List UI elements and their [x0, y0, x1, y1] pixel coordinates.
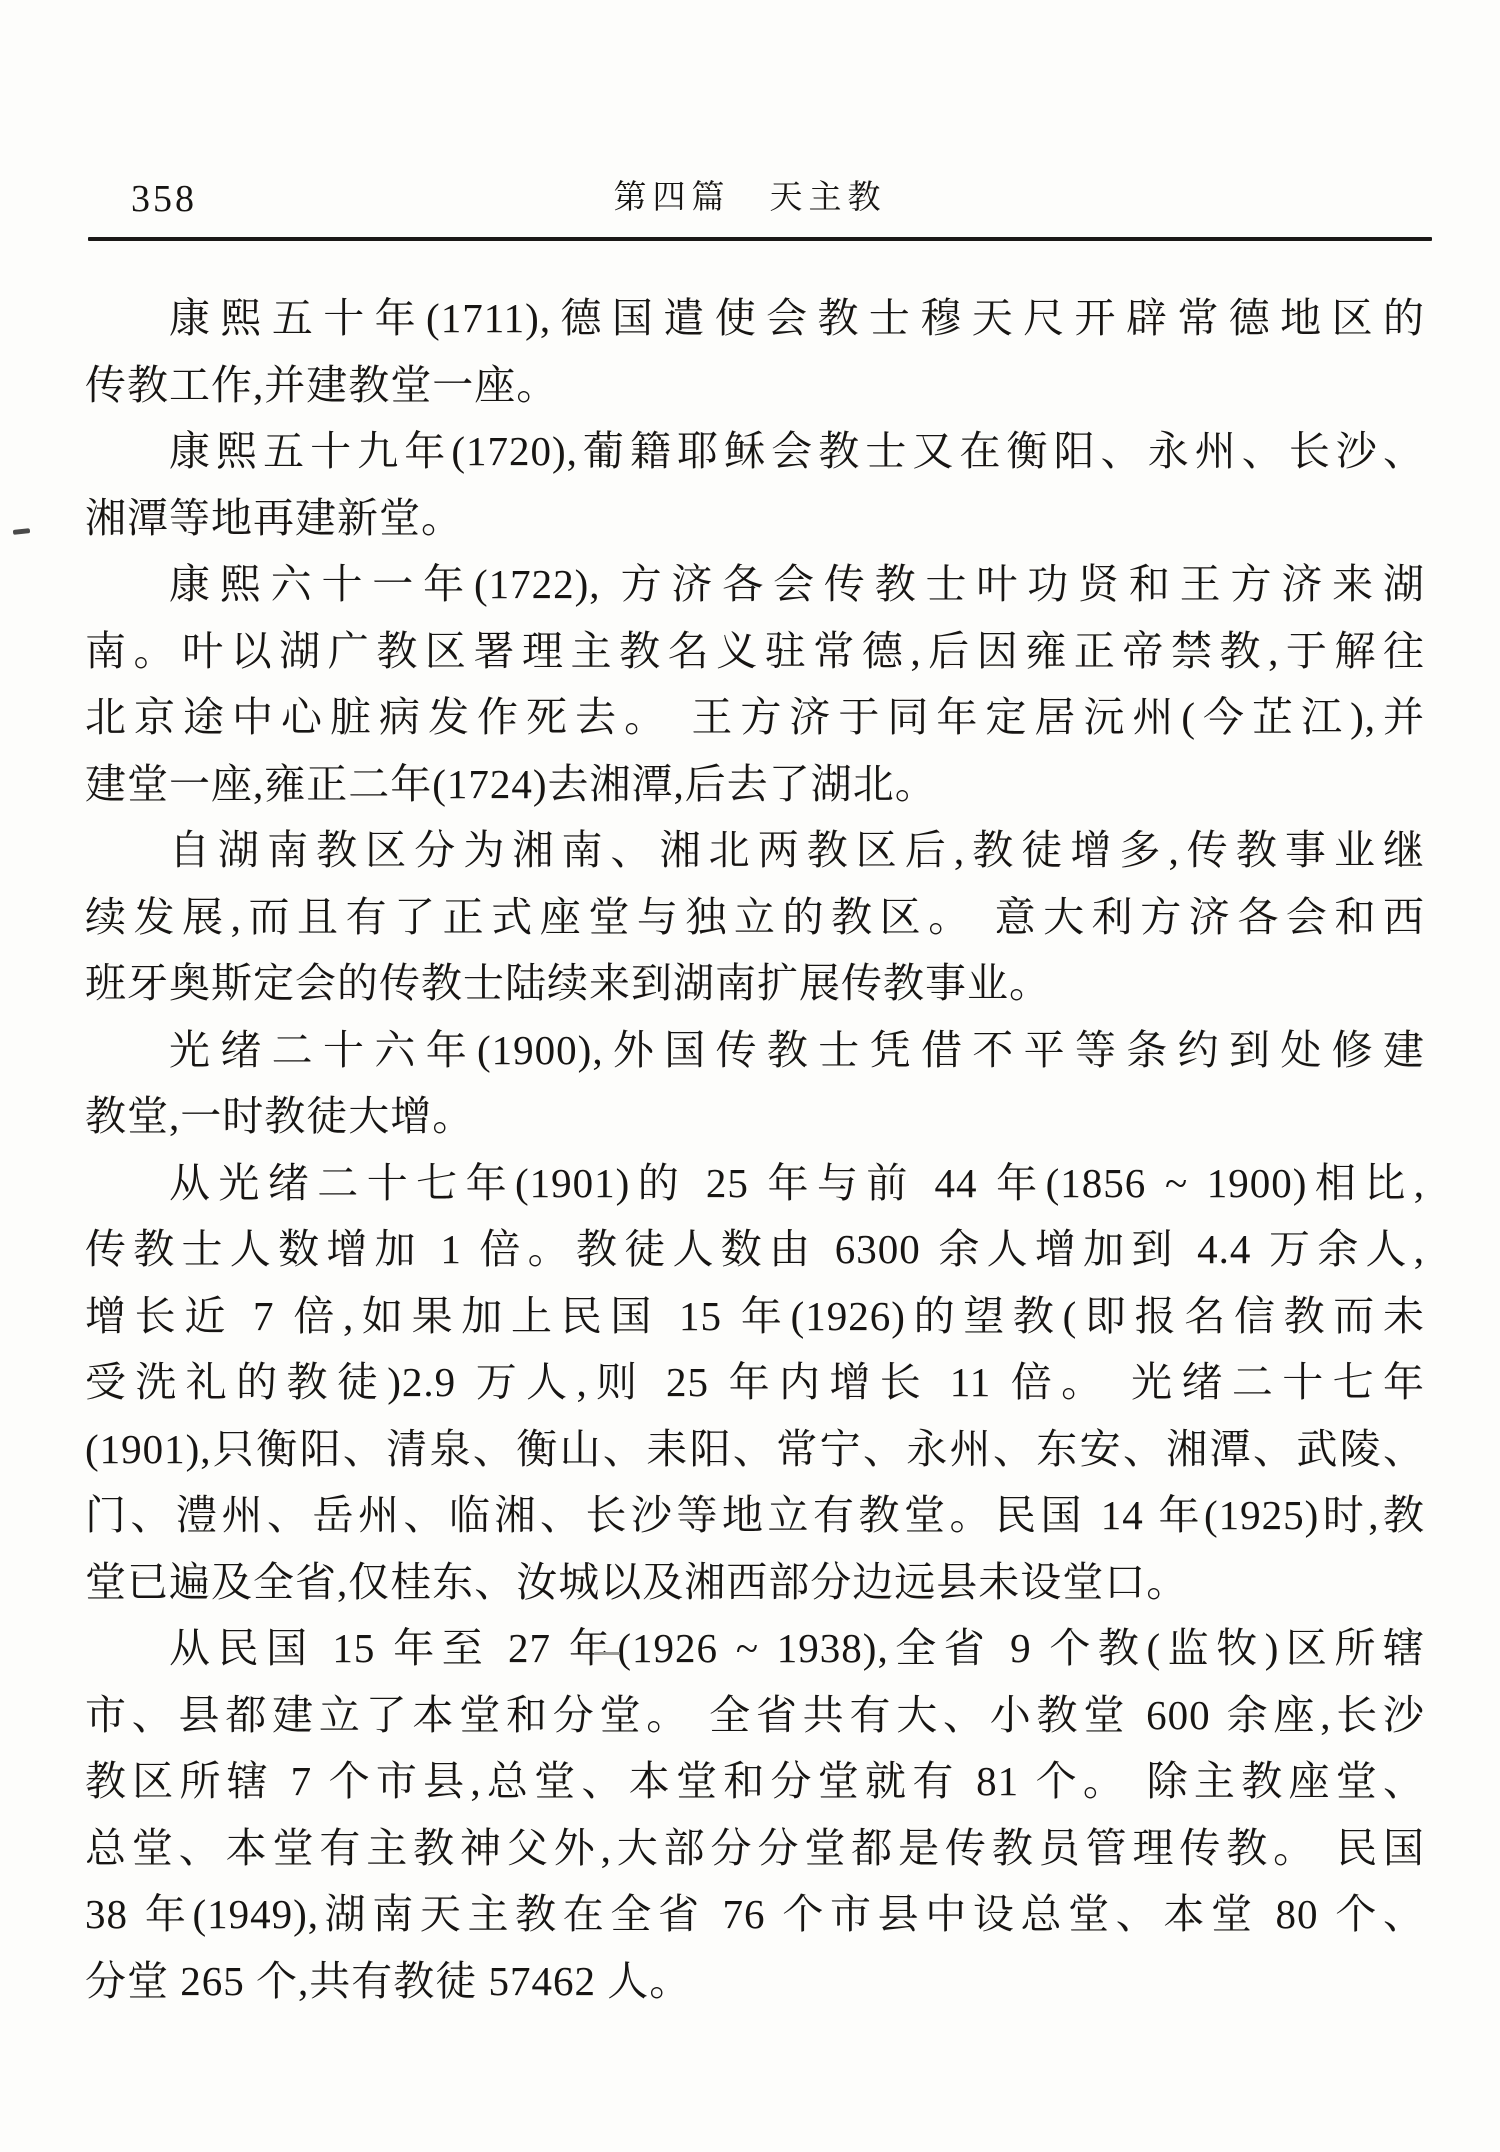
text-line: 堂已遍及全省,仅桂东、汝城以及湘西部分边远县未设堂口。: [85, 1549, 1425, 1616]
text-line: 教堂,一时教徒大增。: [85, 1083, 1425, 1150]
text-line: 受洗礼的教徒)2.9 万人,则 25 年内增长 11 倍。 光绪二十七年: [85, 1349, 1425, 1416]
paragraph: 康熙五十九年(1720),葡籍耶稣会教士又在衡阳、永州、长沙、湘潭等地再建新堂。: [85, 418, 1425, 551]
text-line: 教区所辖 7 个市县,总堂、本堂和分堂就有 81 个。 除主教座堂、: [85, 1748, 1425, 1815]
text-block: 康熙五十年(1711),德国遣使会教士穆天尺开辟常德地区的传教工作,并建教堂一座…: [85, 285, 1425, 2014]
scan-speck: [13, 528, 30, 535]
text-line: 从光绪二十七年(1901)的 25 年与前 44 年(1856 ~ 1900)相…: [85, 1150, 1425, 1217]
text-line: 总堂、本堂有主教神父外,大部分分堂都是传教员管理传教。 民国: [85, 1815, 1425, 1882]
header-divider-rule: [88, 237, 1432, 241]
running-head-chapter-title: 第四篇 天主教: [0, 182, 1500, 215]
text-line: 建堂一座,雍正二年(1724)去湘潭,后去了湖北。: [85, 751, 1425, 818]
text-line: 续发展,而且有了正式座堂与独立的教区。 意大利方济各会和西: [85, 884, 1425, 951]
text-line: 传教士人数增加 1 倍。教徒人数由 6300 余人增加到 4.4 万余人,: [85, 1216, 1425, 1283]
text-line: 光绪二十六年(1900),外国传教士凭借不平等条约到处修建: [85, 1017, 1425, 1084]
text-line: 康熙六十一年(1722), 方济各会传教士叶功贤和王方济来湖: [85, 551, 1425, 618]
text-line: 38 年(1949),湖南天主教在全省 76 个市县中设总堂、本堂 80 个、: [85, 1881, 1425, 1948]
paragraph: 光绪二十六年(1900),外国传教士凭借不平等条约到处修建教堂,一时教徒大增。: [85, 1017, 1425, 1150]
text-line: 湘潭等地再建新堂。: [85, 485, 1425, 552]
text-line: 传教工作,并建教堂一座。: [85, 352, 1425, 419]
text-line: 班牙奥斯定会的传教士陆续来到湖南扩展传教事业。: [85, 950, 1425, 1017]
text-line: 北京途中心脏病发作死去。 王方济于同年定居沅州(今芷江),并: [85, 684, 1425, 751]
text-line: 门、澧州、岳州、临湘、长沙等地立有教堂。民国 14 年(1925)时,教: [85, 1482, 1425, 1549]
text-line: 市、县都建立了本堂和分堂。 全省共有大、小教堂 600 余座,长沙: [85, 1682, 1425, 1749]
paragraph: 康熙五十年(1711),德国遣使会教士穆天尺开辟常德地区的传教工作,并建教堂一座…: [85, 285, 1425, 418]
paragraph: 从民国 15 年至 27 年(1926 ~ 1938),全省 9 个教(监牧)区…: [85, 1615, 1425, 2014]
scanned-book-page: 358 第四篇 天主教 康熙五十年(1711),德国遣使会教士穆天尺开辟常德地区…: [0, 0, 1500, 2152]
text-line: 从民国 15 年至 27 年(1926 ~ 1938),全省 9 个教(监牧)区…: [85, 1615, 1425, 1682]
paragraph: 康熙六十一年(1722), 方济各会传教士叶功贤和王方济来湖南。叶以湖广教区署理…: [85, 551, 1425, 817]
text-line: 康熙五十九年(1720),葡籍耶稣会教士又在衡阳、永州、长沙、: [85, 418, 1425, 485]
text-line: (1901),只衡阳、清泉、衡山、耒阳、常宁、永州、东安、湘潭、武陵、石: [85, 1416, 1425, 1483]
text-line: 南。叶以湖广教区署理主教名义驻常德,后因雍正帝禁教,于解往: [85, 618, 1425, 685]
text-line: 分堂 265 个,共有教徒 57462 人。: [85, 1948, 1425, 2015]
text-line: 自湖南教区分为湘南、湘北两教区后,教徒增多,传教事业继: [85, 817, 1425, 884]
scan-speck: [594, 1652, 620, 1655]
text-line: 增长近 7 倍,如果加上民国 15 年(1926)的望教(即报名信教而未: [85, 1283, 1425, 1350]
text-line: 康熙五十年(1711),德国遣使会教士穆天尺开辟常德地区的: [85, 285, 1425, 352]
paragraph: 从光绪二十七年(1901)的 25 年与前 44 年(1856 ~ 1900)相…: [85, 1150, 1425, 1616]
paragraph: 自湖南教区分为湘南、湘北两教区后,教徒增多,传教事业继续发展,而且有了正式座堂与…: [85, 817, 1425, 1017]
